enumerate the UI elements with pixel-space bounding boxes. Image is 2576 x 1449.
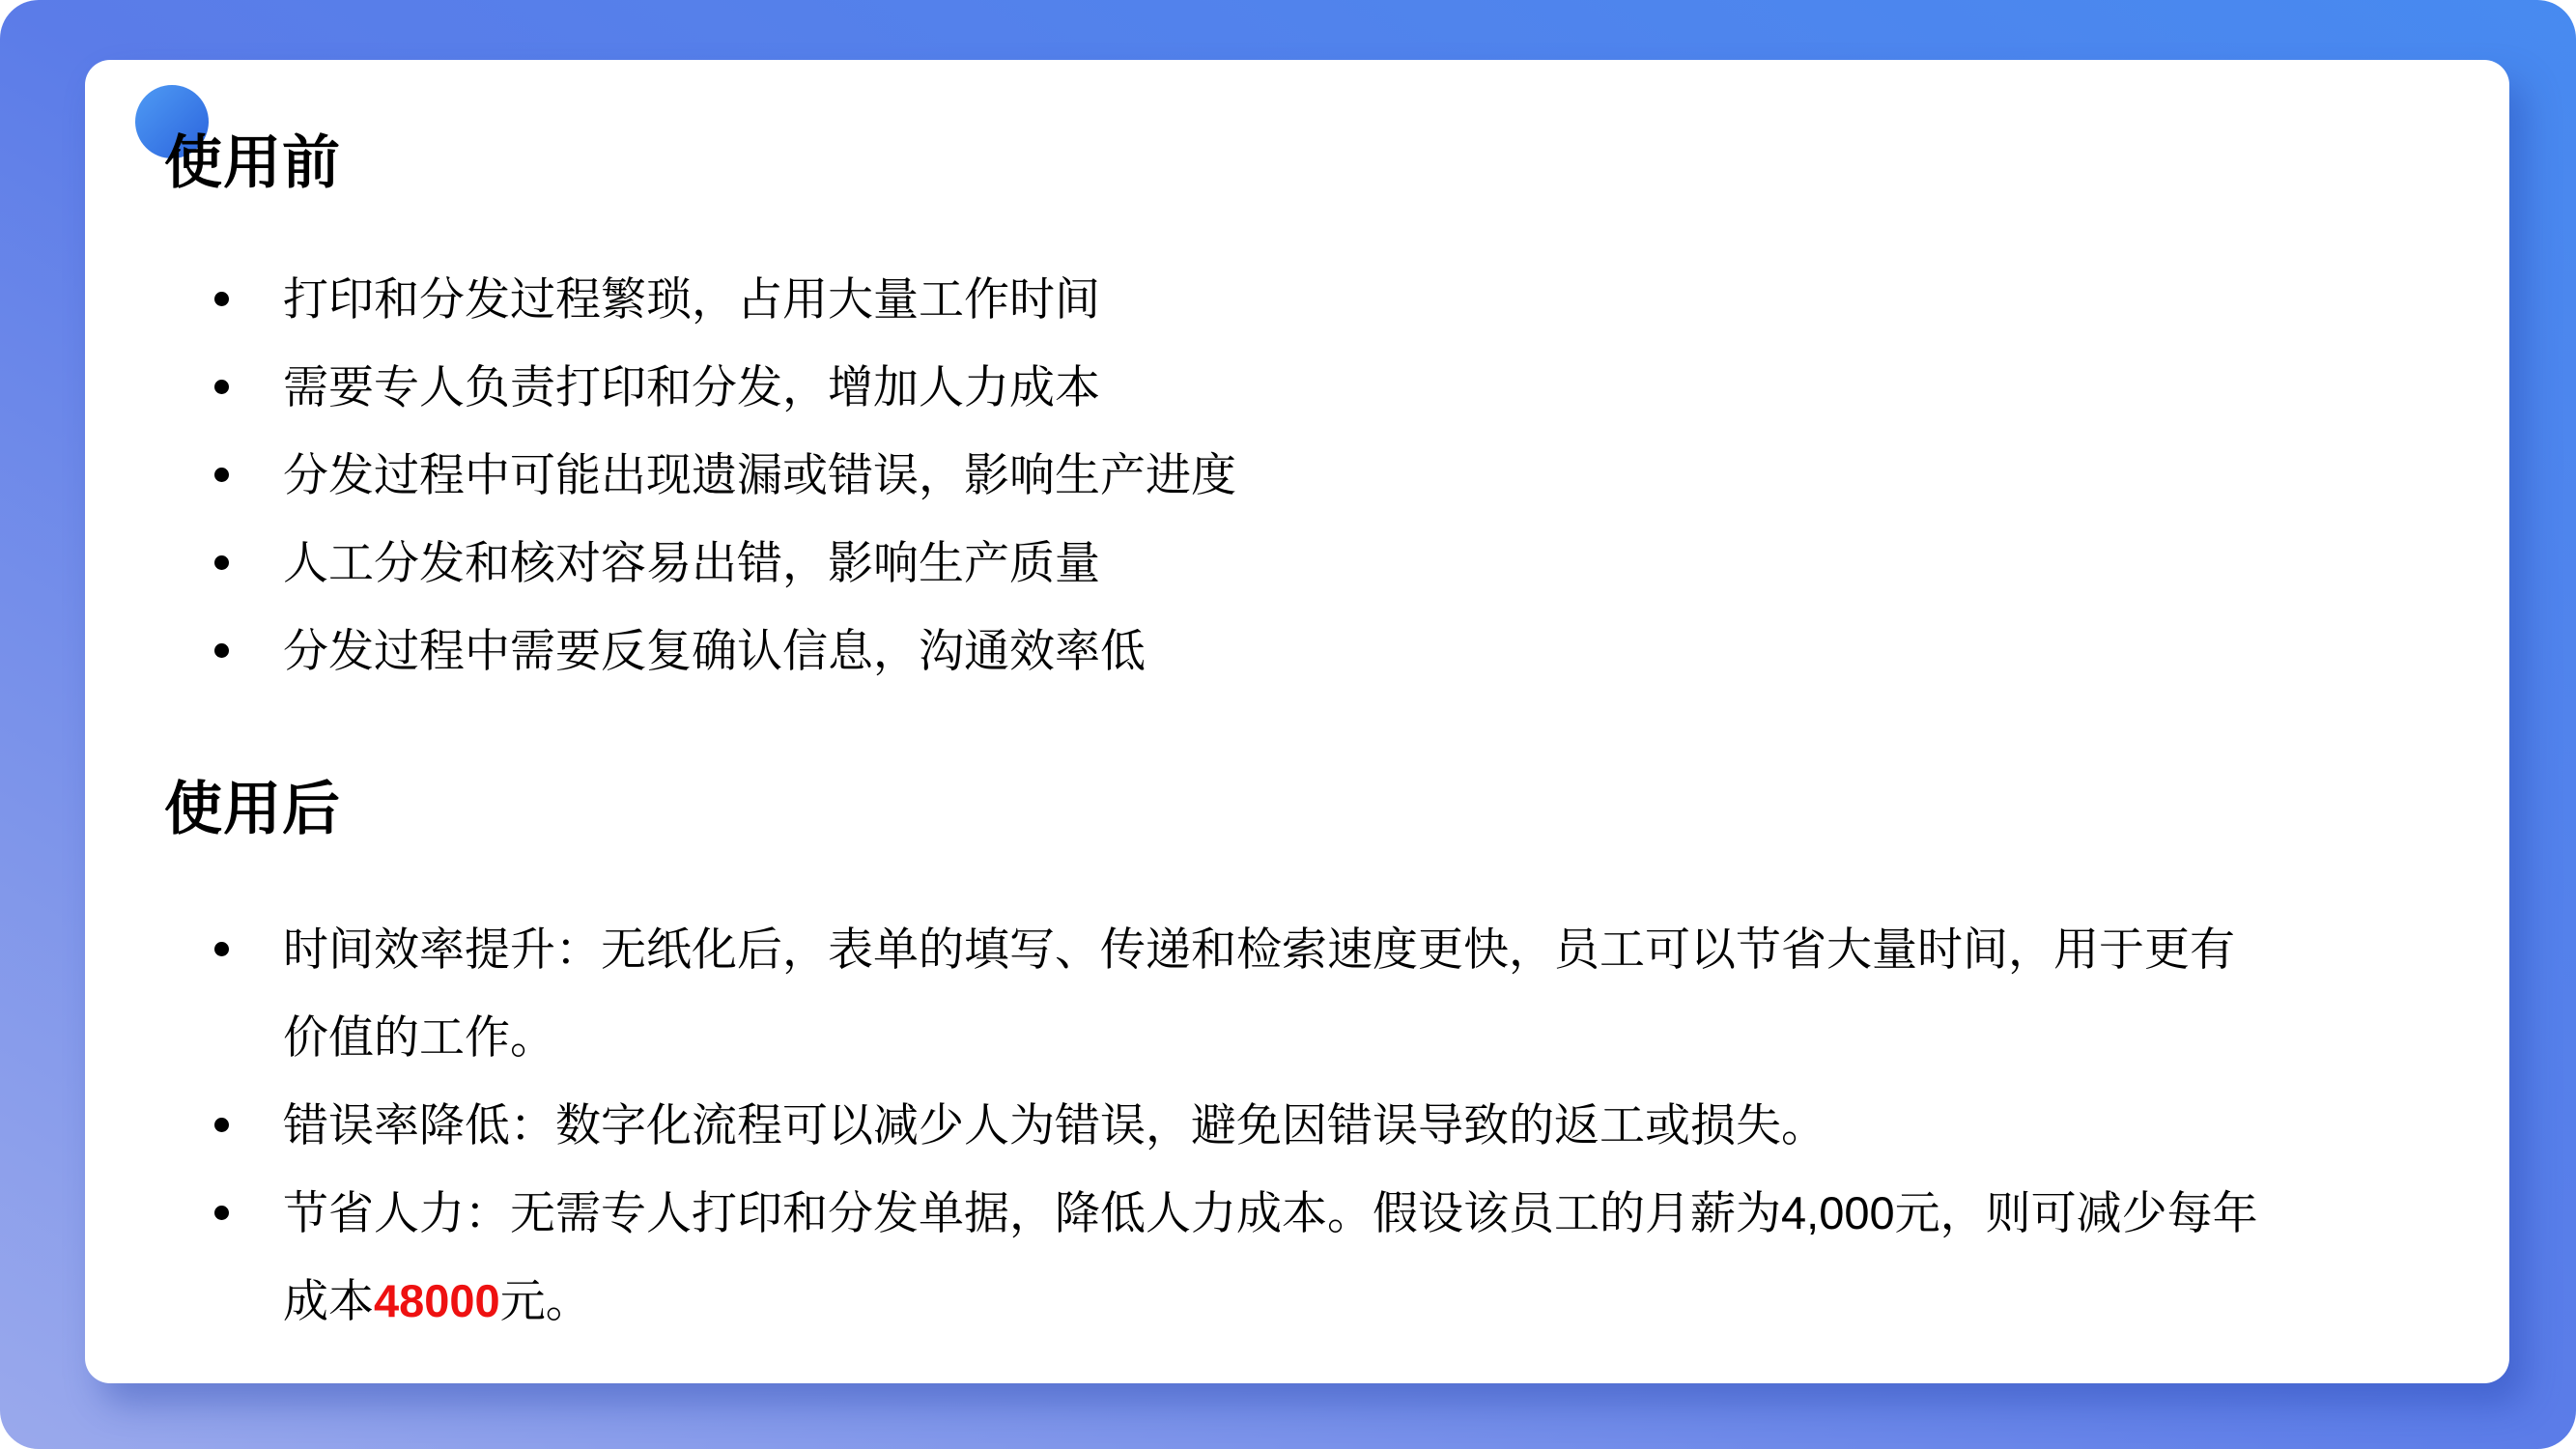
- bullet-text-segment: 错误率降低：数字化流程可以减少人为错误，避免因错误导致的返工或损失。: [283, 1099, 1826, 1151]
- bullet-item: 时间效率提升：无纸化后，表单的填写、传递和检索速度更快，员工可以节省大量时间，用…: [164, 905, 2451, 1081]
- bullet-text: 分发过程中需要反复确认信息，沟通效率低: [283, 607, 1146, 695]
- bullet-item: 分发过程中可能出现遗漏或错误，影响生产进度: [164, 431, 2451, 519]
- bullet-dot-icon: [164, 343, 283, 431]
- bullet-text-segment: 元。: [500, 1275, 591, 1326]
- bullet-text-segment: 分发过程中可能出现遗漏或错误，影响生产进度: [283, 449, 1236, 500]
- bullet-item: 节省人力：无需专人打印和分发单据，降低人力成本。假设该员工的月薪为4,000元，…: [164, 1169, 2451, 1345]
- bullet-dot-icon: [164, 431, 283, 519]
- bullet-dot-icon: [164, 519, 283, 607]
- section-before-list: 打印和分发过程繁琐，占用大量工作时间需要专人负责打印和分发，增加人力成本分发过程…: [164, 255, 2451, 695]
- bullet-item: 打印和分发过程繁琐，占用大量工作时间: [164, 255, 2451, 343]
- bullet-dot-icon: [164, 905, 283, 993]
- bullet-text-segment: 分发过程中需要反复确认信息，沟通效率低: [283, 625, 1146, 676]
- section-after-heading: 使用后: [164, 772, 2451, 847]
- content-card: 使用前 打印和分发过程繁琐，占用大量工作时间需要专人负责打印和分发，增加人力成本…: [85, 60, 2509, 1383]
- bullet-text-segment: 需要专人负责打印和分发，增加人力成本: [283, 361, 1100, 412]
- bullet-item: 错误率降低：数字化流程可以减少人为错误，避免因错误导致的返工或损失。: [164, 1081, 2451, 1169]
- bullet-text: 时间效率提升：无纸化后，表单的填写、传递和检索速度更快，员工可以节省大量时间，用…: [283, 905, 2273, 1081]
- highlight-text: 48000: [374, 1275, 500, 1326]
- bullet-item: 需要专人负责打印和分发，增加人力成本: [164, 343, 2451, 431]
- section-after-list: 时间效率提升：无纸化后，表单的填写、传递和检索速度更快，员工可以节省大量时间，用…: [164, 905, 2451, 1345]
- slide-content: 使用前 打印和分发过程繁琐，占用大量工作时间需要专人负责打印和分发，增加人力成本…: [164, 60, 2451, 1345]
- bullet-text: 打印和分发过程繁琐，占用大量工作时间: [283, 255, 1100, 343]
- bullet-dot-icon: [164, 255, 283, 343]
- bullet-text: 错误率降低：数字化流程可以减少人为错误，避免因错误导致的返工或损失。: [283, 1081, 1826, 1169]
- bullet-text: 分发过程中可能出现遗漏或错误，影响生产进度: [283, 431, 1236, 519]
- section-after-use: 使用后 时间效率提升：无纸化后，表单的填写、传递和检索速度更快，员工可以节省大量…: [164, 772, 2451, 1345]
- bullet-dot-icon: [164, 1169, 283, 1257]
- section-before-use: 使用前 打印和分发过程繁琐，占用大量工作时间需要专人负责打印和分发，增加人力成本…: [164, 126, 2451, 695]
- bullet-text: 节省人力：无需专人打印和分发单据，降低人力成本。假设该员工的月薪为4,000元，…: [283, 1169, 2273, 1345]
- slide-background: 使用前 打印和分发过程繁琐，占用大量工作时间需要专人负责打印和分发，增加人力成本…: [0, 0, 2576, 1449]
- bullet-text-segment: 时间效率提升：无纸化后，表单的填写、传递和检索速度更快，员工可以节省大量时间，用…: [283, 923, 2235, 1063]
- bullet-text: 需要专人负责打印和分发，增加人力成本: [283, 343, 1100, 431]
- bullet-item: 人工分发和核对容易出错，影响生产质量: [164, 519, 2451, 607]
- bullet-dot-icon: [164, 1081, 283, 1169]
- bullet-text-segment: 打印和分发过程繁琐，占用大量工作时间: [283, 273, 1100, 325]
- section-before-heading: 使用前: [164, 126, 2451, 201]
- bullet-text-segment: 人工分发和核对容易出错，影响生产质量: [283, 537, 1100, 588]
- bullet-text: 人工分发和核对容易出错，影响生产质量: [283, 519, 1100, 607]
- bullet-item: 分发过程中需要反复确认信息，沟通效率低: [164, 607, 2451, 695]
- bullet-dot-icon: [164, 607, 283, 695]
